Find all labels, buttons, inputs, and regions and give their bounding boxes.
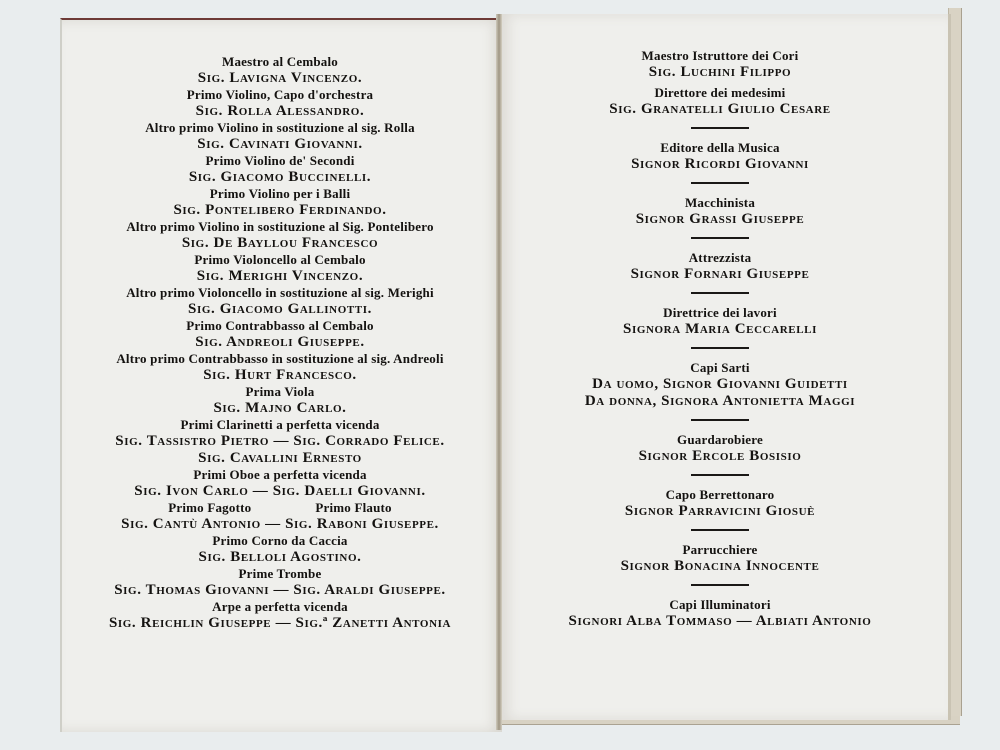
entry-parrucchiere: Parrucchiere Signor Bonacina Innocente bbox=[510, 542, 930, 575]
entry-violoncello: Primo Violoncello al Cembalo Sig. Merigh… bbox=[60, 252, 500, 285]
person-name: Signor Ercole Bosisio bbox=[510, 448, 930, 465]
person-name: Sig. Rolla Alessandro. bbox=[60, 103, 500, 120]
person-name: Sig. Giacomo Gallinotti. bbox=[60, 301, 500, 318]
person-name-secondary: Sig. Cavallini Ernesto bbox=[60, 450, 500, 467]
open-booklet: Maestro al Cembalo Sig. Lavigna Vincenzo… bbox=[0, 0, 1000, 750]
person-name: Sig. Hurt Francesco. bbox=[60, 367, 500, 384]
person-name: Signor Fornari Giuseppe bbox=[510, 266, 930, 283]
person-name: Sig. Majno Carlo. bbox=[60, 400, 500, 417]
person-name: Da uomo, Signor Giovanni Guidetti bbox=[510, 376, 930, 393]
role-label: Primo Violino per i Balli bbox=[60, 186, 500, 202]
role-label: Maestro al Cembalo bbox=[60, 54, 500, 70]
section-divider bbox=[691, 347, 749, 349]
role-label: Capi Illuminatori bbox=[510, 597, 930, 613]
person-name: Sig. Tassistro Pietro — Sig. Corrado Fel… bbox=[60, 433, 500, 450]
entry-istruttore-cori: Maestro Istruttore dei Cori Sig. Luchini… bbox=[510, 48, 930, 81]
entry-direttrice-lavori: Direttrice dei lavori Signora Maria Cecc… bbox=[510, 305, 930, 338]
role-label: Prima Viola bbox=[60, 384, 500, 400]
role-label: Editore della Musica bbox=[510, 140, 930, 156]
entry-violino-secondi: Primo Violino de' Secondi Sig. Giacomo B… bbox=[60, 153, 500, 186]
person-name: Sig. De Bayllou Francesco bbox=[60, 235, 500, 252]
person-name: Signor Grassi Giuseppe bbox=[510, 211, 930, 228]
person-name: Signor Parravicini Giosuè bbox=[510, 503, 930, 520]
role-label: Macchinista bbox=[510, 195, 930, 211]
section-divider bbox=[691, 182, 749, 184]
person-name: Signora Maria Ceccarelli bbox=[510, 321, 930, 338]
role-label: Primi Clarinetti a perfetta vicenda bbox=[60, 417, 500, 433]
entry-editore: Editore della Musica Signor Ricordi Giov… bbox=[510, 140, 930, 173]
person-name: Sig. Merighi Vincenzo. bbox=[60, 268, 500, 285]
role-label: Capi Sarti bbox=[510, 360, 930, 376]
entry-guardarobiere: Guardarobiere Signor Ercole Bosisio bbox=[510, 432, 930, 465]
person-name: Sig. Andreoli Giuseppe. bbox=[60, 334, 500, 351]
entry-capi-sarti: Capi Sarti Da uomo, Signor Giovanni Guid… bbox=[510, 360, 930, 410]
section-divider bbox=[691, 237, 749, 239]
entry-altro-violino-balli: Altro primo Violino in sostituzione al S… bbox=[60, 219, 500, 252]
role-label: Primo Contrabbasso al Cembalo bbox=[60, 318, 500, 334]
person-name: Signor Ricordi Giovanni bbox=[510, 156, 930, 173]
role-label: Primi Oboe a perfetta vicenda bbox=[60, 467, 500, 483]
entry-violino-balli: Primo Violino per i Balli Sig. Pontelibe… bbox=[60, 186, 500, 219]
entry-altro-contrabbasso: Altro primo Contrabbasso in sostituzione… bbox=[60, 351, 500, 384]
entry-viola: Prima Viola Sig. Majno Carlo. bbox=[60, 384, 500, 417]
person-name: Sig. Ivon Carlo — Sig. Daelli Giovanni. bbox=[60, 483, 500, 500]
role-label: Direttore dei medesimi bbox=[510, 85, 930, 101]
person-name: Sig. Giacomo Buccinelli. bbox=[60, 169, 500, 186]
role-label-flauto: Primo Flauto bbox=[315, 500, 391, 516]
role-label: Altro primo Violino in sostituzione al s… bbox=[60, 120, 500, 136]
entry-primo-violino: Primo Violino, Capo d'orchestra Sig. Rol… bbox=[60, 87, 500, 120]
role-label: Primo Violino de' Secondi bbox=[60, 153, 500, 169]
person-name: Sig. Cantù Antonio — Sig. Raboni Giusepp… bbox=[60, 516, 500, 533]
person-name: Sig. Reichlin Giuseppe — Sig.ª Zanetti A… bbox=[60, 615, 500, 632]
entry-direttore-medesimi: Direttore dei medesimi Sig. Granatelli G… bbox=[510, 85, 930, 118]
role-label: Capo Berrettonaro bbox=[510, 487, 930, 503]
role-label: Altro primo Violino in sostituzione al S… bbox=[60, 219, 500, 235]
person-name: Signori Alba Tommaso — Albiati Antonio bbox=[510, 613, 930, 630]
section-divider bbox=[691, 419, 749, 421]
role-label: Maestro Istruttore dei Cori bbox=[510, 48, 930, 64]
entry-corno: Primo Corno da Caccia Sig. Belloli Agost… bbox=[60, 533, 500, 566]
role-label: Primo Violoncello al Cembalo bbox=[60, 252, 500, 268]
role-label: Altro primo Contrabbasso in sostituzione… bbox=[60, 351, 500, 367]
role-label: Arpe a perfetta vicenda bbox=[60, 599, 500, 615]
role-label: Altro primo Violoncello in sostituzione … bbox=[60, 285, 500, 301]
role-label: Primo Corno da Caccia bbox=[60, 533, 500, 549]
person-name: Sig. Thomas Giovanni — Sig. Araldi Giuse… bbox=[60, 582, 500, 599]
entry-attrezzista: Attrezzista Signor Fornari Giuseppe bbox=[510, 250, 930, 283]
entry-macchinista: Macchinista Signor Grassi Giuseppe bbox=[510, 195, 930, 228]
section-divider bbox=[691, 584, 749, 586]
entry-contrabbasso: Primo Contrabbasso al Cembalo Sig. Andre… bbox=[60, 318, 500, 351]
role-label: Primo Violino, Capo d'orchestra bbox=[60, 87, 500, 103]
section-divider bbox=[691, 127, 749, 129]
person-name: Sig. Lavigna Vincenzo. bbox=[60, 70, 500, 87]
role-label: Parrucchiere bbox=[510, 542, 930, 558]
role-label: Prime Trombe bbox=[60, 566, 500, 582]
entry-fagotto-flauto: Primo Fagotto Primo Flauto Sig. Cantù An… bbox=[60, 500, 500, 533]
entry-altro-violino: Altro primo Violino in sostituzione al s… bbox=[60, 120, 500, 153]
role-label: Attrezzista bbox=[510, 250, 930, 266]
entry-illuminatori: Capi Illuminatori Signori Alba Tommaso —… bbox=[510, 597, 930, 630]
entry-oboe: Primi Oboe a perfetta vicenda Sig. Ivon … bbox=[60, 467, 500, 500]
person-name: Signor Bonacina Innocente bbox=[510, 558, 930, 575]
role-label: Direttrice dei lavori bbox=[510, 305, 930, 321]
entry-cembalo: Maestro al Cembalo Sig. Lavigna Vincenzo… bbox=[60, 54, 500, 87]
entry-clarinetti: Primi Clarinetti a perfetta vicenda Sig.… bbox=[60, 417, 500, 467]
person-name: Sig. Luchini Filippo bbox=[510, 64, 930, 81]
person-name: Sig. Granatelli Giulio Cesare bbox=[510, 101, 930, 118]
right-page-text: Maestro Istruttore dei Cori Sig. Luchini… bbox=[510, 48, 930, 634]
person-name: Sig. Pontelibero Ferdinando. bbox=[60, 202, 500, 219]
person-name-secondary: Da donna, Signora Antonietta Maggi bbox=[510, 393, 930, 410]
entry-altro-violoncello: Altro primo Violoncello in sostituzione … bbox=[60, 285, 500, 318]
entry-trombe: Prime Trombe Sig. Thomas Giovanni — Sig.… bbox=[60, 566, 500, 599]
entry-berrettonaro: Capo Berrettonaro Signor Parravicini Gio… bbox=[510, 487, 930, 520]
role-label: Guardarobiere bbox=[510, 432, 930, 448]
section-divider bbox=[691, 529, 749, 531]
section-divider bbox=[691, 474, 749, 476]
section-divider bbox=[691, 292, 749, 294]
entry-arpe: Arpe a perfetta vicenda Sig. Reichlin Gi… bbox=[60, 599, 500, 632]
role-label-pair: Primo Fagotto Primo Flauto bbox=[60, 500, 500, 516]
left-page-text: Maestro al Cembalo Sig. Lavigna Vincenzo… bbox=[60, 54, 500, 632]
person-name: Sig. Cavinati Giovanni. bbox=[60, 136, 500, 153]
role-label-fagotto: Primo Fagotto bbox=[168, 500, 251, 516]
person-name: Sig. Belloli Agostino. bbox=[60, 549, 500, 566]
